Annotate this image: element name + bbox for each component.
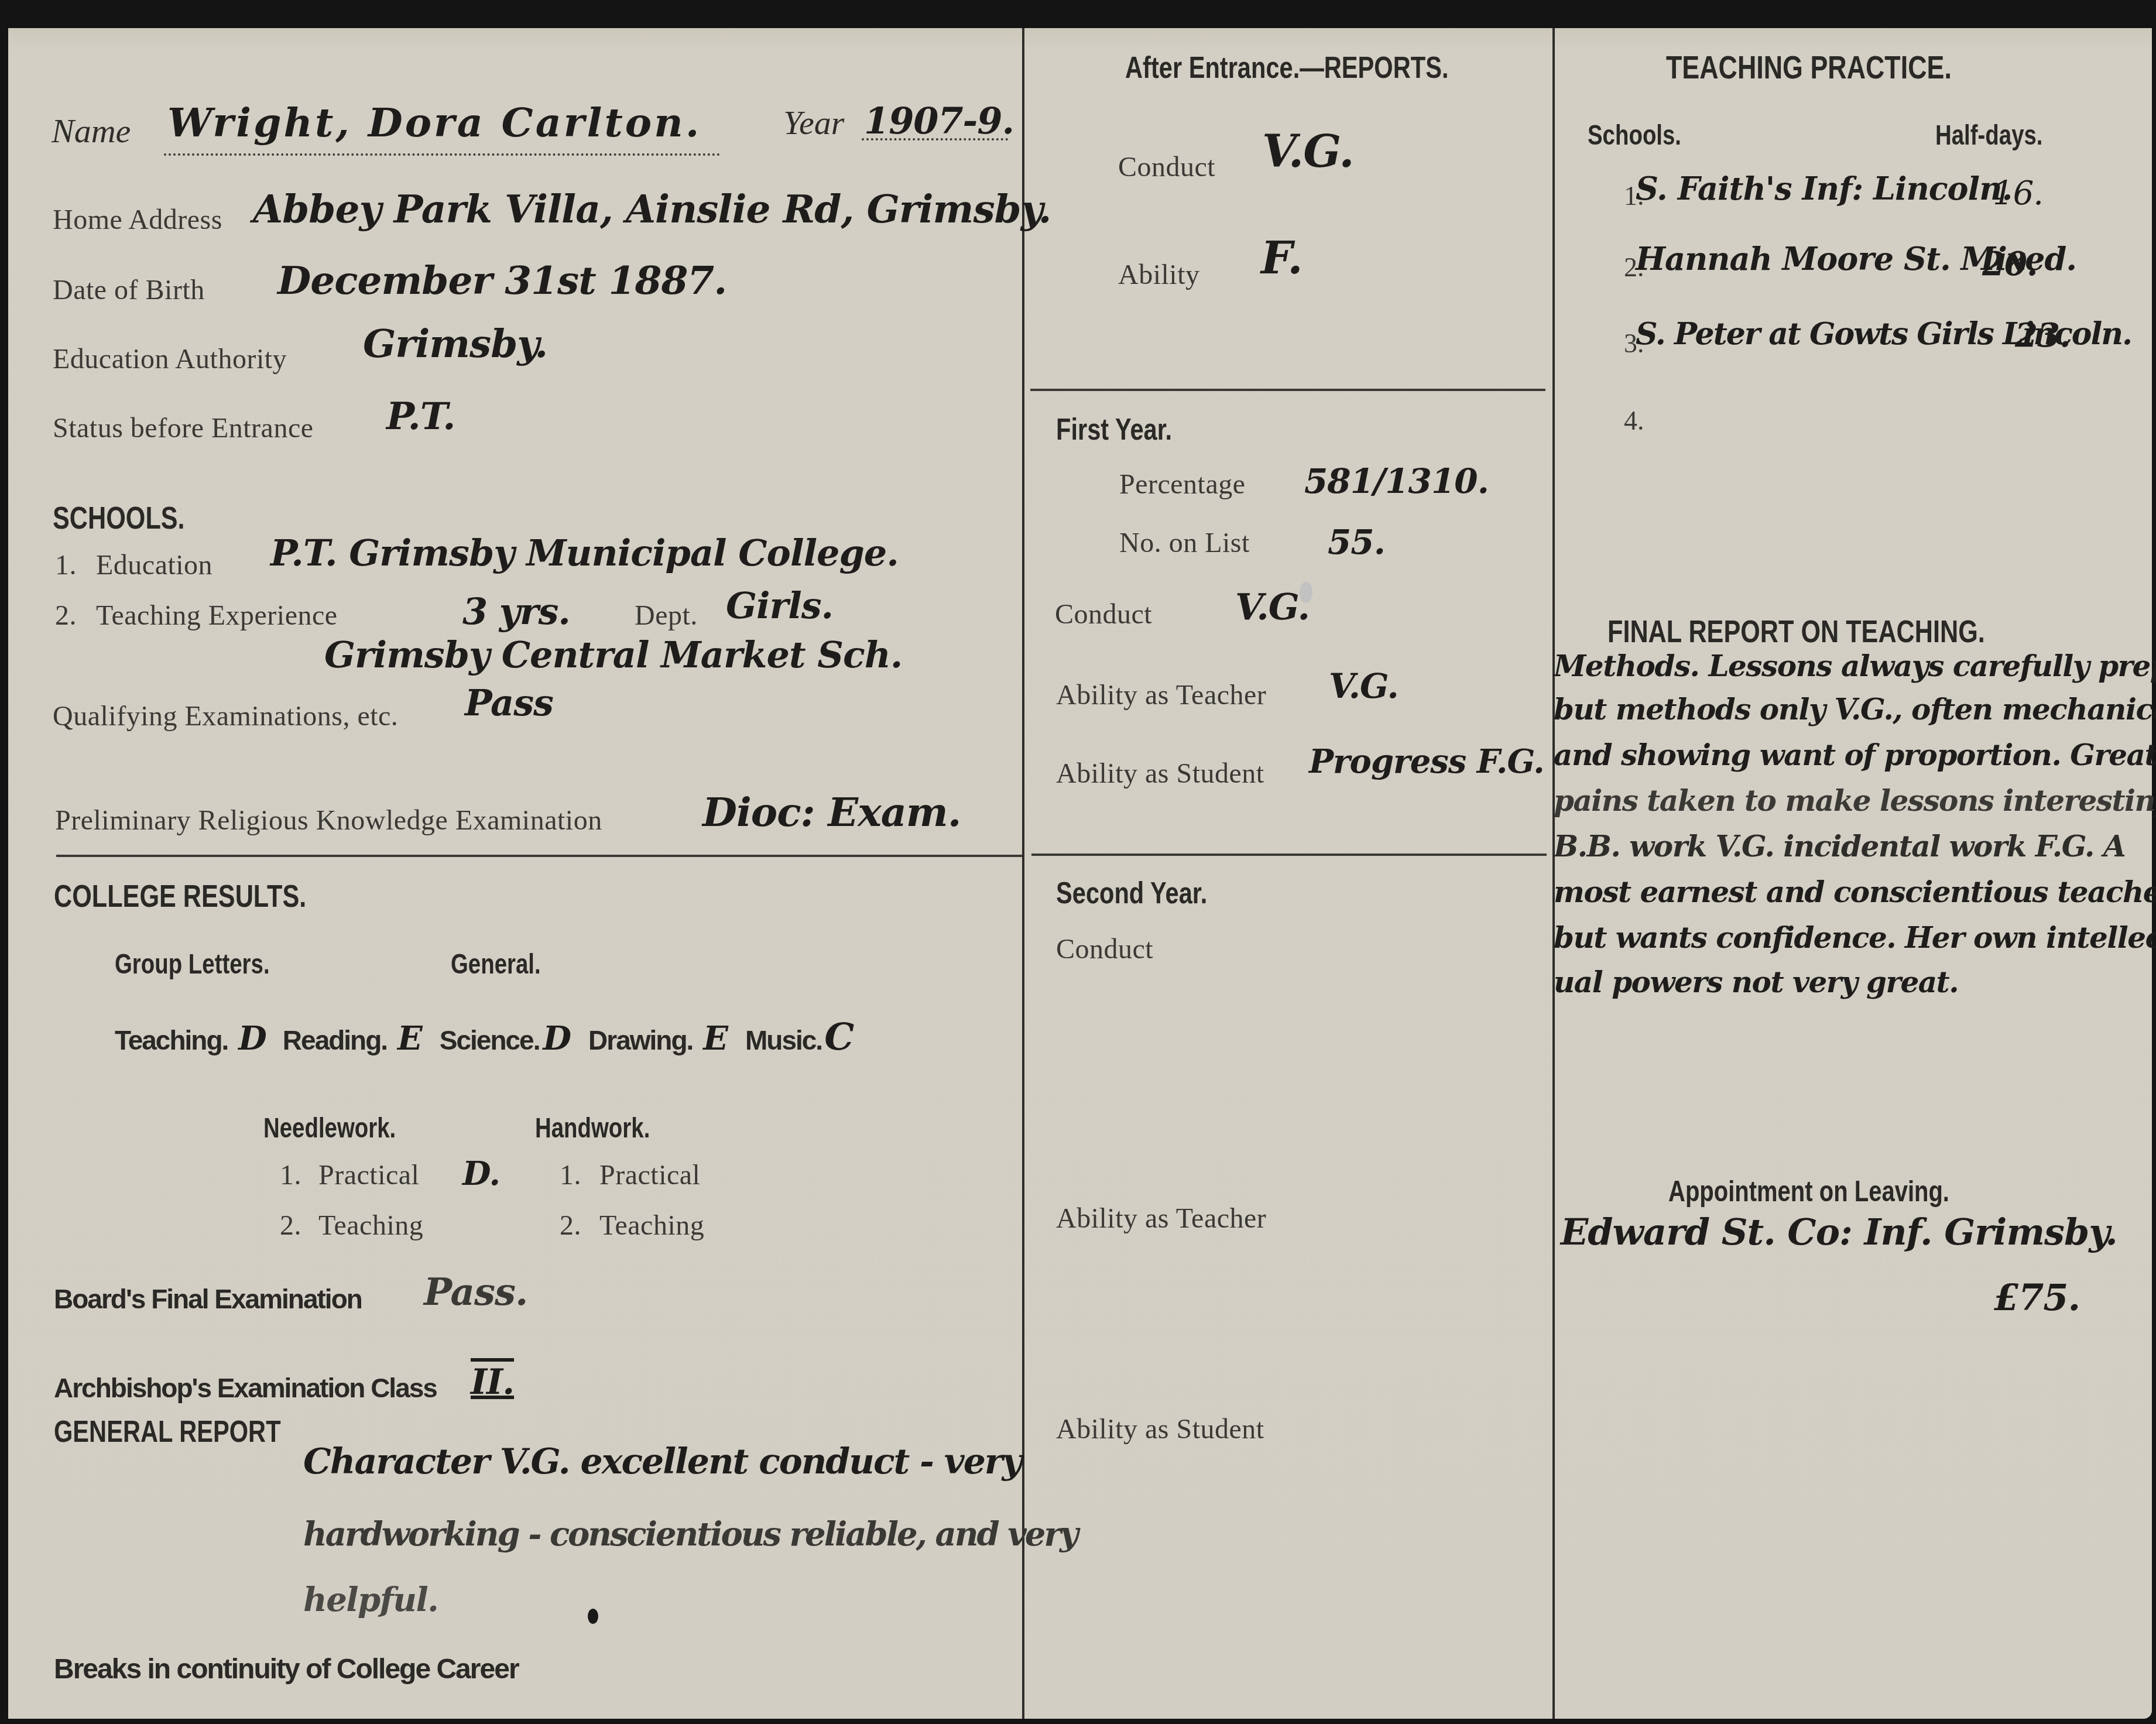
grade-teaching-label: Teaching. <box>115 1024 228 1056</box>
grade-reading-value: E <box>397 1019 422 1058</box>
college-results-heading: COLLEGE RESULTS. <box>54 878 306 914</box>
rule-middle-first-year <box>1030 389 1545 391</box>
home-address-label: Home Address <box>53 204 222 236</box>
first-year-heading: First Year. <box>1056 412 1172 447</box>
list-value: 55. <box>1328 522 1385 562</box>
teaching-experience-label: Teaching Experience <box>96 599 338 632</box>
final-report-line-3: and showing want of proportion. Great <box>1554 738 2156 772</box>
needlework-practical-num: 1. <box>280 1159 301 1191</box>
rule-middle-second-year <box>1031 854 1547 856</box>
needlework-label: Needlework. <box>263 1112 396 1144</box>
handwork-practical-label: Practical <box>599 1159 700 1191</box>
breaks-label: Breaks in continuity of College Career <box>54 1653 519 1685</box>
final-report-line-7: but wants confidence. Her own intellect- <box>1554 920 2156 955</box>
year-value: 1907-9. <box>864 100 1014 142</box>
ink-blot <box>588 1609 598 1624</box>
general-report-line-1: Character V.G. excellent conduct - very <box>303 1441 1021 1482</box>
archbishop-label: Archbishop's Examination Class <box>54 1372 437 1404</box>
grade-teaching-value: D <box>238 1019 266 1058</box>
general-label: General. <box>451 948 541 981</box>
teaching-experience-value: 3 yrs. <box>462 590 570 633</box>
second-year-heading: Second Year. <box>1056 876 1207 911</box>
practice-3-halfdays: 23. <box>2015 316 2070 355</box>
needlework-teaching-label: Teaching <box>318 1209 423 1242</box>
appointment-salary: £75. <box>1994 1276 2080 1319</box>
education-value: P.T. Grimsby Municipal College. <box>270 532 899 574</box>
first-year-conduct-label: Conduct <box>1055 598 1152 630</box>
handwork-teaching-label: Teaching <box>599 1209 704 1242</box>
column-divider-left <box>1022 28 1024 1719</box>
first-year-student-label: Ability as Student <box>1056 758 1264 790</box>
boards-final-label: Board's Final Examination <box>54 1283 362 1315</box>
education-authority-label: Education Authority <box>53 343 287 375</box>
practice-4-num: 4. <box>1624 405 1644 436</box>
name-label: Name <box>52 111 131 150</box>
grade-reading-label: Reading. <box>283 1024 387 1056</box>
schools-heading: SCHOOLS. <box>53 500 185 536</box>
reports-conduct-value: V.G. <box>1262 125 1354 177</box>
percentage-label: Percentage <box>1119 468 1246 501</box>
education-num: 1. <box>55 549 77 581</box>
qualifying-value: Pass <box>465 681 553 724</box>
appointment-heading: Appointment on Leaving. <box>1668 1174 1949 1208</box>
practice-2-halfdays: 20. <box>1982 245 2037 283</box>
column-divider-right <box>1552 28 1555 1719</box>
handwork-label: Handwork. <box>535 1112 650 1144</box>
reports-conduct-label: Conduct <box>1118 151 1215 183</box>
first-year-teacher-label: Ability as Teacher <box>1056 679 1266 711</box>
handwork-practical-num: 1. <box>560 1159 581 1191</box>
handwork-teaching-num: 2. <box>560 1209 581 1242</box>
boards-final-value: Pass. <box>424 1270 527 1314</box>
grade-music-value: C <box>824 1015 854 1059</box>
second-year-conduct-label: Conduct <box>1056 933 1153 965</box>
practice-1-halfdays: 16. <box>1993 174 2043 212</box>
final-report-line-4: pains taken to make lessons interesting <box>1554 783 2156 818</box>
final-report-line-2: but methods only V.G., often mechanical <box>1554 692 2156 726</box>
first-year-conduct-value: V.G. <box>1235 585 1310 628</box>
archbishop-value: II. <box>471 1362 514 1403</box>
appointment-value: Edward St. Co: Inf. Grimsby. <box>1561 1211 2117 1253</box>
qualifying-label: Qualifying Examinations, etc. <box>53 700 398 732</box>
status-value: P.T. <box>386 395 455 438</box>
list-label: No. on List <box>1119 527 1250 559</box>
dob-label: Date of Birth <box>53 274 205 306</box>
grade-science-value: D <box>543 1019 571 1058</box>
general-report-line-3: helpful. <box>303 1581 438 1619</box>
reports-ability-value: F. <box>1261 232 1302 284</box>
dept-value: Girls. <box>726 584 833 627</box>
dob-value: December 31st 1887. <box>277 258 726 303</box>
teaching-practice-heading: TEACHING PRACTICE. <box>1666 48 1952 86</box>
general-report-line-2: hardworking - conscientious reliable, an… <box>303 1515 1077 1554</box>
reports-ability-label: Ability <box>1118 259 1200 291</box>
grade-drawing-label: Drawing. <box>588 1024 693 1056</box>
home-address-value: Abbey Park Villa, Ainslie Rd, Grimsby. <box>253 186 1051 232</box>
grade-music-label: Music. <box>745 1024 822 1056</box>
final-report-line-8: ual powers not very great. <box>1554 965 1958 999</box>
second-year-student-label: Ability as Student <box>1056 1413 1264 1445</box>
education-label: Education <box>96 549 212 581</box>
percentage-value: 581/1310. <box>1304 461 1489 501</box>
grade-science-label: Science. <box>440 1024 540 1056</box>
religious-knowledge-label: Preliminary Religious Knowledge Examinat… <box>55 804 602 837</box>
needlework-practical-value: D. <box>462 1154 500 1193</box>
religious-knowledge-value: Dioc: Exam. <box>702 789 961 836</box>
final-report-line-1: Methods. Lessons always carefully prepar… <box>1554 649 2156 683</box>
student-record-card: Name Wright, Dora Carlton. Year 1907-9. … <box>8 28 2152 1719</box>
name-underline <box>164 153 720 156</box>
general-report-label: GENERAL REPORT <box>54 1414 281 1449</box>
teaching-school-value: Grimsby Central Market Sch. <box>324 633 902 676</box>
schools-column-label: Schools. <box>1588 119 1681 152</box>
education-authority-value: Grimsby. <box>363 321 547 366</box>
final-report-line-6: most earnest and conscientious teacher <box>1554 875 2156 909</box>
needlework-practical-label: Practical <box>318 1159 419 1191</box>
dept-label: Dept. <box>635 599 698 632</box>
rule-left-college-results <box>56 855 1022 857</box>
teaching-experience-num: 2. <box>55 599 77 632</box>
first-year-student-value: Progress F.G. <box>1309 742 1544 781</box>
halfdays-column-label: Half-days. <box>1935 119 2043 152</box>
year-label: Year <box>783 103 844 142</box>
second-year-teacher-label: Ability as Teacher <box>1056 1202 1266 1235</box>
first-year-teacher-value: V.G. <box>1329 666 1399 706</box>
name-value: Wright, Dora Carlton. <box>167 100 701 146</box>
final-report-line-5: B.B. work V.G. incidental work F.G. A <box>1554 829 2125 863</box>
grade-row: Teaching. D Reading. E Science. D Drawin… <box>115 1015 854 1059</box>
final-report-heading: FINAL REPORT ON TEACHING. <box>1607 613 1985 650</box>
reports-heading: After Entrance.—REPORTS. <box>1125 50 1448 85</box>
status-label: Status before Entrance <box>53 412 313 444</box>
practice-1-school: S. Faith's Inf: Lincoln. <box>1636 170 2012 207</box>
grade-drawing-value: E <box>703 1019 728 1058</box>
needlework-teaching-num: 2. <box>280 1209 301 1242</box>
water-stain <box>1300 582 1312 603</box>
group-letters-label: Group Letters. <box>115 948 270 981</box>
